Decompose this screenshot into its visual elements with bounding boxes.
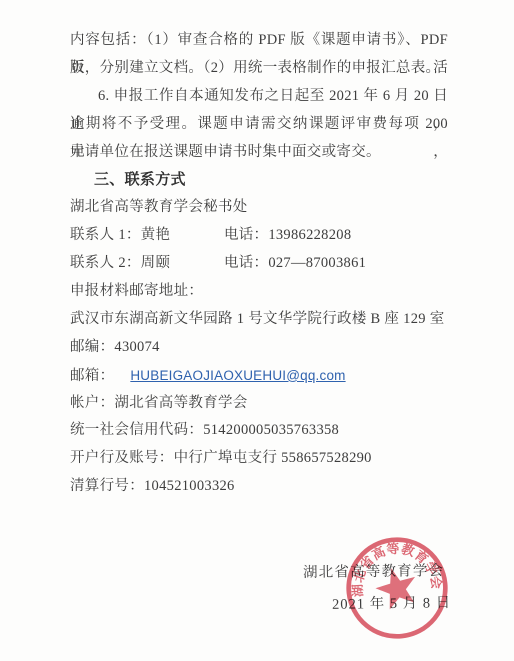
body-line-3: 6. 申报工作自本通知发布之日起至 2021 年 6 月 20 日止， [70, 83, 448, 111]
seal-ring [344, 535, 450, 641]
contact-row-2: 联系人 2：周颐 电话：027—87003861 [70, 250, 448, 278]
scanned-notice-page: 内容包括：（1）审查合格的 PDF 版《课题申请书》、PDF 版活 页，分别建立… [0, 0, 514, 661]
section-heading-contact: 三、联系方式 [70, 166, 448, 194]
bank-account-line: 开户行及账号：中行广埠屯支行 558657528290 [70, 445, 448, 473]
credit-code-line: 统一社会信用代码：514200005035763358 [70, 417, 448, 445]
contact2-phone: 电话：027—87003861 [224, 255, 366, 271]
account-name-line: 帐户：湖北省高等教育学会 [70, 390, 448, 418]
email-row: 邮箱： HUBEIGAOJIAOXUEHUI@qq.com [70, 362, 448, 390]
body-line-1: 内容包括：（1）审查合格的 PDF 版《课题申请书》、PDF 版活 [70, 27, 448, 55]
contact1-name: 联系人 1：黄艳 [70, 222, 220, 250]
mailing-address: 武汉市东湖高新文华园路 1 号文华学院行政楼 B 座 129 室 [70, 306, 448, 334]
clearing-number-line: 清算行号：104521003326 [70, 473, 448, 501]
contact1-phone: 电话：13986228208 [224, 227, 351, 243]
body-line-4: 逾期将不予受理。课题申请需交纳课题评审费每项 200 元， [70, 111, 448, 139]
body-line-2: 页，分别建立文档。（2）用统一表格制作的申报汇总表。 [70, 55, 448, 83]
postal-code-line: 邮编：430074 [70, 334, 448, 362]
signature-organization: 湖北省高等教育学会 [303, 559, 445, 582]
mailing-address-label: 申报材料邮寄地址： [70, 278, 448, 306]
document-body: 内容包括：（1）审查合格的 PDF 版《课题申请书》、PDF 版活 页，分别建立… [70, 27, 448, 501]
email-link[interactable]: HUBEIGAOJIAOXUEHUI@qq.com [130, 368, 345, 383]
contact-row-1: 联系人 1：黄艳 电话：13986228208 [70, 222, 448, 250]
official-seal: 湖北省高等教育学会 [318, 509, 476, 661]
signature-date: 2021 年 5 月 8 日 [332, 591, 451, 614]
office-line: 湖北省高等教育学会秘书处 [70, 194, 448, 222]
contact2-name: 联系人 2：周颐 [70, 250, 220, 278]
email-label: 邮箱： [70, 368, 114, 384]
